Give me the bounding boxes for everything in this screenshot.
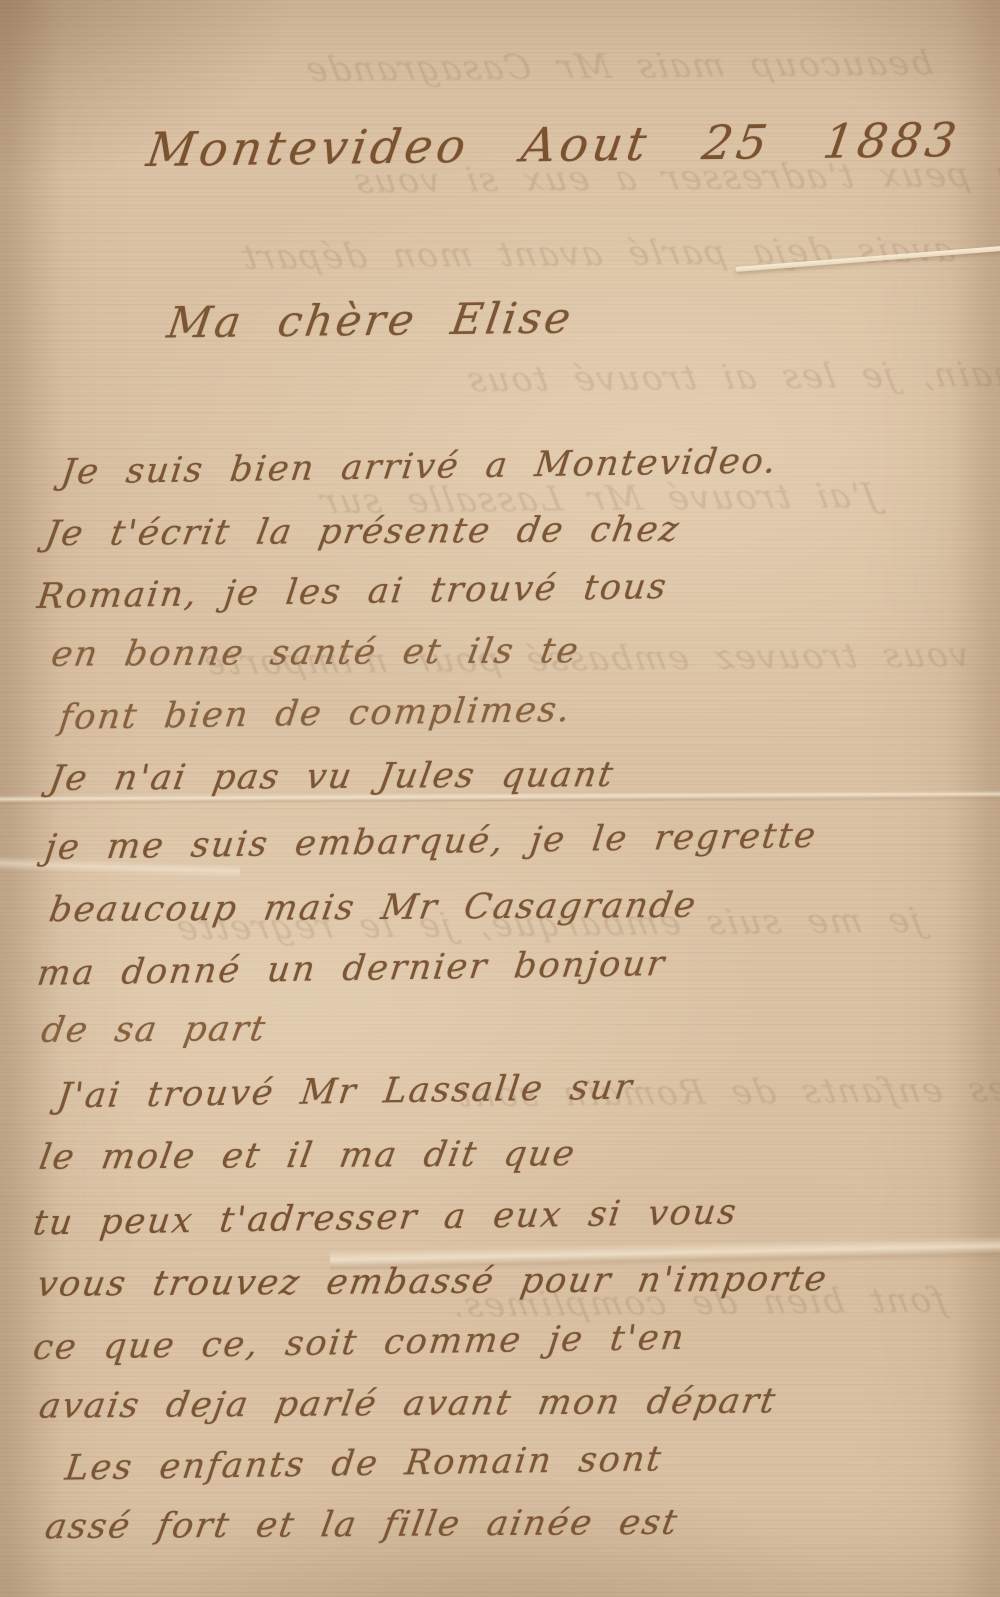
letter-line: Romain, je les ai trouvé tous	[35, 567, 670, 617]
letter-line: ce que ce, soit comme je t'en	[31, 1318, 688, 1368]
letter-line: je me suis embarqué, je le regrette	[43, 816, 820, 868]
letter-line: beaucoup mais Mr Casagrande	[46, 886, 700, 931]
handwriting-layer: Montevideo Aout 25 1883 Ma chère Elise J…	[0, 0, 1000, 1597]
letter-line: Je suis bien arrivé a Montevideo.	[59, 441, 780, 492]
letter-line: ma donné un dernier bonjour	[35, 944, 668, 994]
letter-line: tu peux t'adresser a eux si vous	[31, 1192, 740, 1243]
letter-line: Je t'écrit la présente de chez	[42, 510, 683, 554]
letter-line: J'ai trouvé Mr Lassalle sur	[55, 1067, 636, 1116]
letter-line: Je n'ai pas vu Jules quant	[46, 755, 617, 799]
letter-line: vous trouvez embassé pour n'importe	[34, 1259, 831, 1305]
letter-salutation: Ma chère Elise	[164, 294, 577, 349]
letter-line: assé fort et la fille ainée est	[42, 1503, 681, 1547]
letter-line: Les enfants de Romain sont	[63, 1439, 665, 1488]
letter-dateline: Montevideo Aout 25 1883	[143, 113, 963, 178]
letter-line: le mole et il ma dit que	[36, 1134, 579, 1178]
letter-page: beaucoup mais Mr Casagrande tu peux t'ad…	[0, 0, 1000, 1597]
letter-line: en bonne santé et ils te	[48, 631, 583, 675]
letter-line: de sa part	[38, 1009, 269, 1051]
letter-line: font bien de complimes.	[57, 690, 574, 738]
letter-line: avais deja parlé avant mon départ	[36, 1381, 780, 1426]
